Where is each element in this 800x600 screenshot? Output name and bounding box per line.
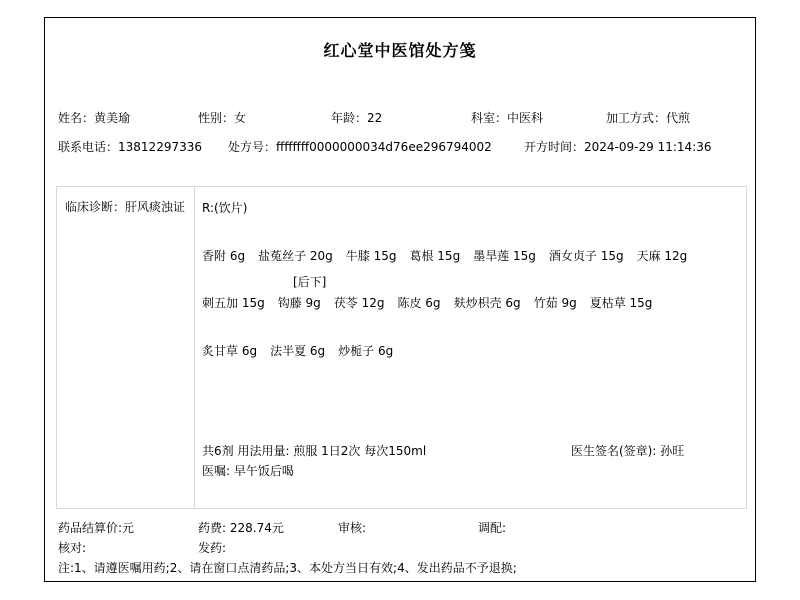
herb-item: 葛根 15g [409,249,460,263]
patient-name-value: 黄美瑜 [94,111,130,125]
issue-time-field: 开方时间：2024-09-29 11:14:36 [524,138,711,155]
department-label: 科室： [471,111,507,125]
rx-header: R:(饮片) [202,199,247,216]
doctor-signature-label: 医生签名(签章): [571,444,660,458]
prescription-number-field: 处方号：ffffffff0000000034d76ee296794002 [228,138,492,155]
herb-item: 牛膝 15g [346,249,397,263]
herb-item: 钩藤 9g [278,296,321,310]
patient-name-label: 姓名： [58,111,94,125]
prescription-body: 临床诊断：肝风痰浊证 R:(饮片) 香附 6g盐菟丝子 20g牛膝 15g葛根 … [56,186,747,509]
herb-item: 酒女贞子 15g [549,249,624,263]
review-field: 审核: [338,519,366,536]
processing-method-value: 代煎 [666,111,690,125]
doctor-signature-value: 孙旺 [660,444,684,458]
phone-label: 联系电话： [58,140,118,154]
herb-item: 麸炒枳壳 6g [454,296,521,310]
medicine-fee-label: 药费: [198,521,230,535]
medicine-fee-field: 药费: 228.74元 [198,519,284,536]
patient-gender-label: 性别： [198,111,234,125]
patient-age-label: 年龄： [331,111,367,125]
prescription-number-label: 处方号： [228,140,276,154]
check-field: 核对: [58,539,86,556]
rx-content: R:(饮片) 香附 6g盐菟丝子 20g牛膝 15g葛根 15g墨旱莲 15g酒… [195,187,746,508]
patient-gender-field: 性别：女 [198,109,246,126]
clinical-diagnosis: 临床诊断：肝风痰浊证 [57,187,195,508]
diagnosis-label: 临床诊断： [65,200,125,214]
herb-item: 炙甘草 6g [202,344,257,358]
footer-note: 注:1、请遵医嘱用药;2、请在窗口点清药品;3、本处方当日有效;4、发出药品不予… [58,559,517,576]
processing-method-field: 加工方式：代煎 [606,109,690,126]
settlement-price-value: 元 [122,521,134,535]
herb-item: 夏枯草 15g [590,296,653,310]
herb-item: 刺五加 15g [202,296,265,310]
herb-item: 墨旱莲 15g [473,249,536,263]
issue-time-value: 2024-09-29 11:14:36 [584,140,711,154]
herb-item: 法半夏 6g [270,344,325,358]
processing-method-label: 加工方式： [606,111,666,125]
decoction-annotation: [后下] [293,273,326,290]
patient-age-value: 22 [367,111,382,125]
settlement-price-label: 药品结算价: [58,521,122,535]
herb-item: 盐菟丝子 20g [258,249,333,263]
doctor-signature: 医生签名(签章): 孙旺 [571,442,684,459]
herb-line-2: 刺五加 15g钩藤 9g茯苓 12g陈皮 6g麸炒枳壳 6g竹茹 9g夏枯草 1… [202,294,665,311]
settlement-price-field: 药品结算价:元 [58,519,134,536]
instruction-value: 早午饭后喝 [234,464,294,478]
herb-item: 陈皮 6g [397,296,440,310]
dispense-field: 调配: [478,519,506,536]
issue-field: 发药: [198,539,226,556]
patient-name-field: 姓名：黄美瑜 [58,109,130,126]
page-title: 红心堂中医馆处方笺 [45,38,755,61]
usage-line: 共6剂 用法用量: 煎服 1日2次 每次150ml [202,442,426,459]
phone-value: 13812297336 [118,140,202,154]
issue-time-label: 开方时间： [524,140,584,154]
doctor-instruction: 医嘱: 早午饭后喝 [202,462,294,479]
herb-line-3: 炙甘草 6g法半夏 6g炒栀子 6g [202,342,406,359]
department-field: 科室：中医科 [471,109,543,126]
herb-item: 炒栀子 6g [338,344,393,358]
herb-line-1: 香附 6g盐菟丝子 20g牛膝 15g葛根 15g墨旱莲 15g酒女贞子 15g… [202,247,700,264]
diagnosis-value: 肝风痰浊证 [125,200,185,214]
herb-item: 天麻 12g [637,249,688,263]
usage-value: 煎服 1日2次 每次150ml [293,444,426,458]
herb-item: 竹茹 9g [534,296,577,310]
patient-gender-value: 女 [234,111,246,125]
prescription-number-value: ffffffff0000000034d76ee296794002 [276,140,492,154]
patient-age-field: 年龄：22 [331,109,382,126]
prescription-sheet: 红心堂中医馆处方笺 姓名：黄美瑜 性别：女 年龄：22 科室：中医科 加工方式：… [44,17,756,582]
dose-count: 共6剂 [202,444,234,458]
phone-field: 联系电话：13812297336 [58,138,202,155]
department-value: 中医科 [507,111,543,125]
medicine-fee-value: 228.74元 [230,521,284,535]
usage-label: 用法用量: [237,444,293,458]
instruction-label: 医嘱: [202,464,234,478]
herb-item: 茯苓 12g [334,296,385,310]
herb-item: 香附 6g [202,249,245,263]
